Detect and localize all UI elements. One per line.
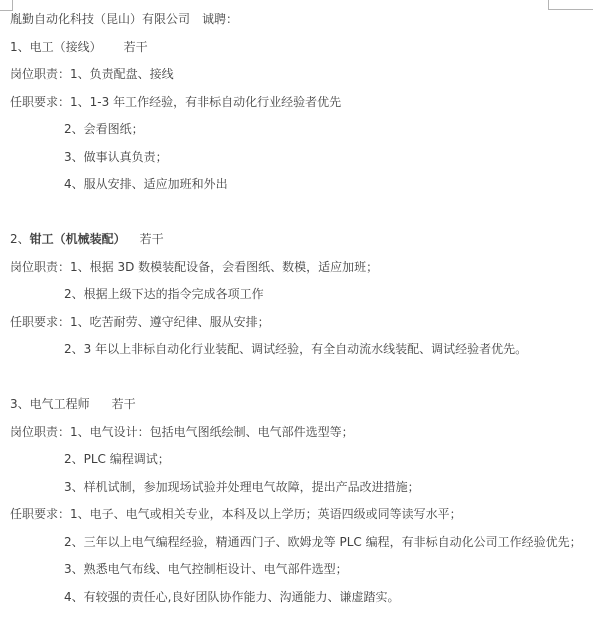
- position-3-requirement-line: 任职要求：1、电子、电气或相关专业，本科及以上学历；英语四级或同等读写水平；: [10, 501, 604, 529]
- requirements-label: 任职要求：: [10, 507, 70, 521]
- position-2-duty-line: 岗位职责：1、根据 3D 数模装配设备，会看图纸、数模，适应加班；: [10, 254, 604, 282]
- duty-item: 1、根据 3D 数模装配设备，会看图纸、数模，适应加班；: [70, 260, 378, 274]
- requirements-label: 任职要求：: [10, 315, 70, 329]
- requirement-item: 1、吃苦耐劳、遵守纪律、服从安排；: [70, 315, 270, 329]
- duty-item: 3、样机试制，参加现场试验并处理电气故障，提出产品改进措施；: [10, 474, 604, 502]
- position-2-title: 钳工（机械装配）: [30, 232, 126, 246]
- position-2-requirement-line: 任职要求：1、吃苦耐劳、遵守纪律、服从安排；: [10, 309, 604, 337]
- position-1-requirement-line: 任职要求：1、1-3 年工作经验，有非标自动化行业经验者优先: [10, 89, 604, 117]
- company-name: 胤勤自动化科技（昆山）有限公司: [10, 12, 190, 26]
- duty-item: 1、负责配盘、接线: [70, 67, 174, 81]
- requirement-item: 4、服从安排、适应加班和外出: [10, 171, 604, 199]
- document-title-line: 胤勤自动化科技（昆山）有限公司诚聘：: [10, 6, 604, 34]
- requirement-item: 4、有较强的责任心,良好团队协作能力、沟通能力、谦虚踏实。: [10, 584, 604, 612]
- requirement-item: 1、1-3 年工作经验，有非标自动化行业经验者优先: [70, 95, 341, 109]
- position-3-heading: 3、电气工程师若干: [10, 391, 604, 419]
- duties-label: 岗位职责：: [10, 67, 70, 81]
- position-1-duty-line: 岗位职责：1、负责配盘、接线: [10, 61, 604, 89]
- position-3-headcount: 若干: [112, 397, 136, 411]
- requirement-item: 2、3 年以上非标自动化行业装配、调试经验，有全自动流水线装配、调试经验者优先。: [10, 336, 604, 364]
- duties-label: 岗位职责：: [10, 260, 70, 274]
- position-1-title: 电工（接线）: [30, 40, 102, 54]
- position-3-title: 电气工程师: [30, 397, 90, 411]
- recruiting-label: 诚聘：: [202, 12, 238, 26]
- requirements-label: 任职要求：: [10, 95, 70, 109]
- blank-line: [10, 199, 604, 227]
- position-2-heading: 2、钳工（机械装配）若干: [10, 226, 604, 254]
- position-1-headcount: 若干: [124, 40, 148, 54]
- duty-item: 2、PLC 编程调试；: [10, 446, 604, 474]
- position-2-number: 2、: [10, 232, 30, 246]
- requirement-item: 3、做事认真负责；: [10, 144, 604, 172]
- duties-label: 岗位职责：: [10, 425, 70, 439]
- position-2-headcount: 若干: [140, 232, 164, 246]
- requirement-item: 2、三年以上电气编程经验，精通西门子、欧姆龙等 PLC 编程，有非标自动化公司工…: [10, 529, 604, 557]
- requirement-item: 2、会看图纸；: [10, 116, 604, 144]
- duty-item: 1、电气设计：包括电气图纸绘制、电气部件选型等；: [70, 425, 354, 439]
- duty-item: 2、根据上级下达的指令完成各项工作: [10, 281, 604, 309]
- position-3-number: 3、: [10, 397, 30, 411]
- document-body: 胤勤自动化科技（昆山）有限公司诚聘： 1、电工（接线）若干 岗位职责：1、负责配…: [10, 6, 604, 611]
- position-3-duty-line: 岗位职责：1、电气设计：包括电气图纸绘制、电气部件选型等；: [10, 419, 604, 447]
- requirement-item: 3、熟悉电气布线、电气控制柜设计、电气部件选型；: [10, 556, 604, 584]
- requirement-item: 1、电子、电气或相关专业，本科及以上学历；英语四级或同等读写水平；: [70, 507, 462, 521]
- blank-line: [10, 364, 604, 392]
- position-1-number: 1、: [10, 40, 30, 54]
- position-1-heading: 1、电工（接线）若干: [10, 34, 604, 62]
